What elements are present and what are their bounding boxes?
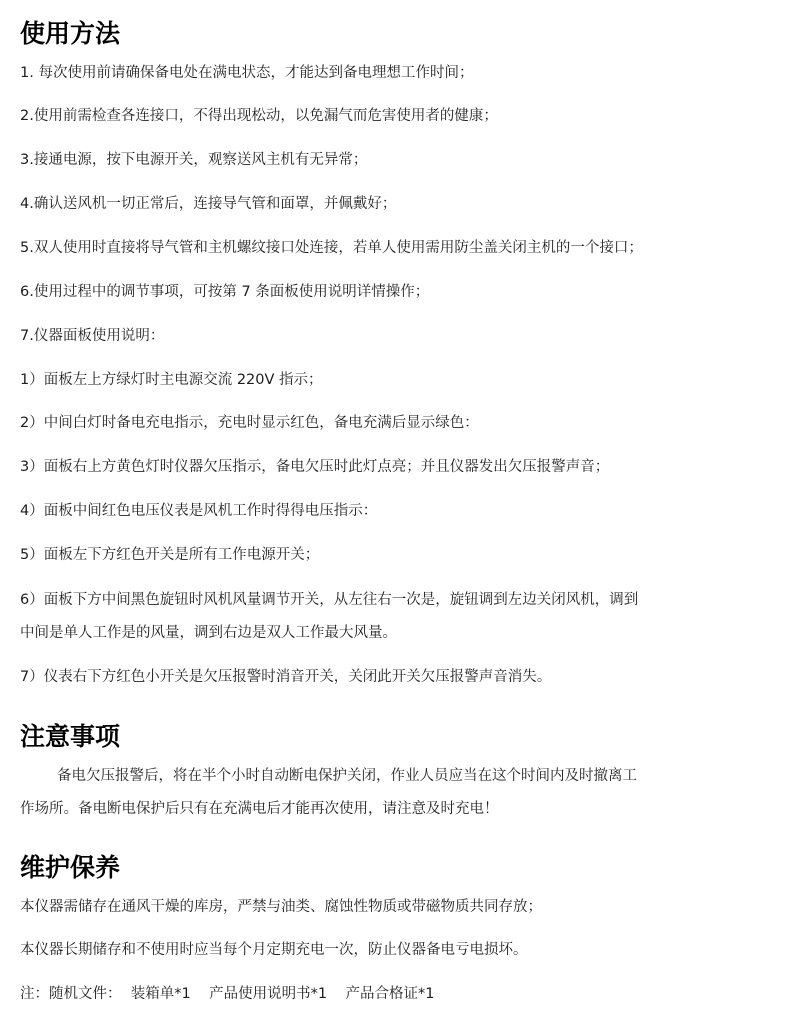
panel-item-6: 6）面板下方中间黑色旋钮时风机风量调节开关，从左往右一次是，旋钮调到左边关闭风机… (20, 590, 638, 610)
panel-item-5: 5）面板左下方红色开关是所有工作电源开关； (20, 545, 319, 565)
usage-item-5: 5.双人使用时直接将导气管和主机螺纹接口处连接，若单人使用需用防尘盖关闭主机的一… (20, 238, 643, 258)
maintenance-line-1: 本仪器需储存在通风干燥的库房，严禁与油类、腐蚀性物质或带磁物质共同存放； (20, 897, 542, 917)
notes-line-1: 备电欠压报警后，将在半个小时自动断电保护关闭，作业人员应当在这个时间内及时撤离工 (57, 766, 637, 786)
panel-item-2: 2）中间白灯时备电充电指示，充电时显示红色，备电充满后显示绿色： (20, 413, 479, 433)
usage-item-2: 2.使用前需检查各连接口，不得出现松动，以免漏气而危害使用者的健康； (20, 106, 498, 126)
heading-usage: 使用方法 (20, 14, 120, 50)
panel-item-6-cont: 中间是单人工作是的风量，调到右边是双人工作最大风量。 (20, 623, 397, 643)
usage-item-3: 3.接通电源，按下电源开关，观察送风主机有无异常； (20, 150, 367, 170)
heading-notes: 注意事项 (20, 717, 120, 753)
usage-item-6: 6.使用过程中的调节事项，可按第 7 条面板使用说明详情操作； (20, 282, 429, 302)
panel-item-3: 3）面板右上方黄色灯时仪器欠压指示，备电欠压时此灯点亮；并且仪器发出欠压报警声音… (20, 457, 609, 477)
panel-item-1: 1）面板左上方绿灯时主电源交流 220V 指示； (20, 370, 323, 390)
panel-item-7: 7）仪表右下方红色小开关是欠压报警时消音开关，关闭此开关欠压报警声音消失。 (20, 667, 551, 687)
heading-maintenance: 维护保养 (20, 848, 120, 884)
notes-line-2: 作场所。备电断电保护后只有在充满电后才能再次使用，请注意及时充电！ (20, 799, 499, 819)
document-page: 使用方法 1. 每次使用前请确保备电处在满电状态，才能达到备电理想工作时间； 2… (0, 0, 790, 1020)
usage-item-4: 4.确认送风机一切正常后，连接导气管和面罩，并佩戴好； (20, 194, 396, 214)
usage-item-7: 7.仪器面板使用说明： (20, 326, 164, 346)
maintenance-line-2: 本仪器长期储存和不使用时应当每个月定期充电一次，防止仪器备电亏电损坏。 (20, 940, 528, 960)
accessory-footnote: 注：随机文件： 装箱单*1 产品使用说明书*1 产品合格证*1 (20, 984, 435, 1004)
panel-item-4: 4）面板中间红色电压仪表是风机工作时得得电压指示： (20, 501, 377, 521)
usage-item-1: 1. 每次使用前请确保备电处在满电状态，才能达到备电理想工作时间； (20, 63, 473, 83)
